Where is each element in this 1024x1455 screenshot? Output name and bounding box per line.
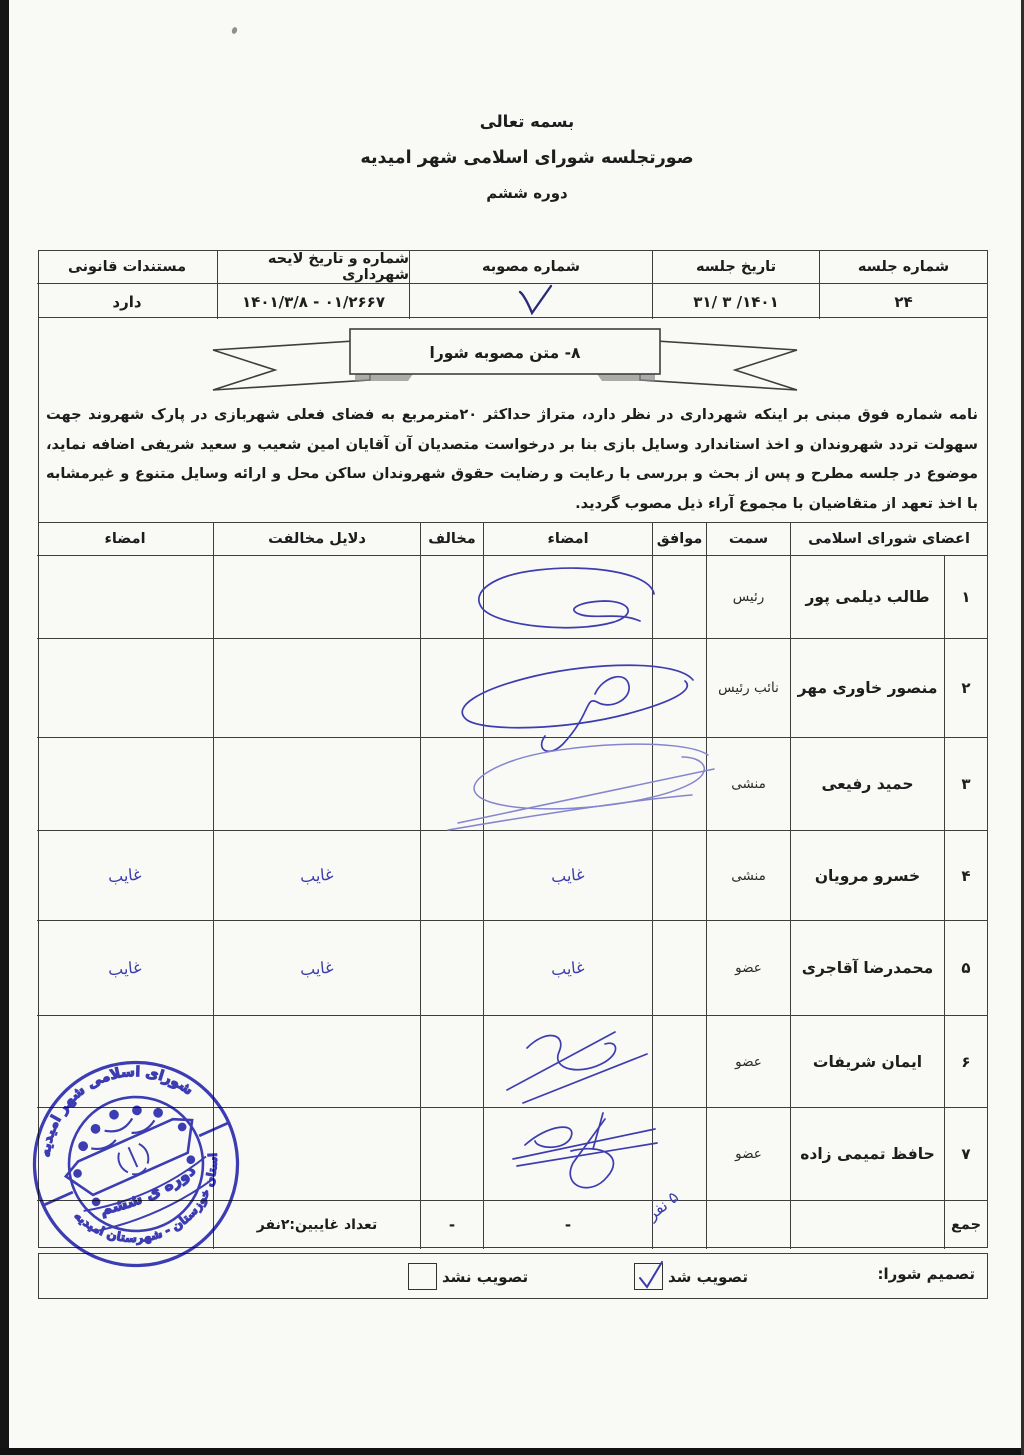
row-number: ۷	[944, 1108, 987, 1201]
row-number: ۴	[944, 831, 987, 921]
besmele-line: بسمه تعالی	[0, 112, 1024, 131]
signature2-cell: غایب	[37, 921, 213, 1016]
header-oppose-reasons: دلایل مخالفت	[213, 523, 420, 556]
row-number: ۲	[944, 639, 987, 738]
signature2-cell: غایب	[37, 831, 213, 921]
member-name: محمدرضا آقاجری	[790, 921, 944, 1016]
member-role: منشی	[706, 831, 790, 921]
header-members: اعضای شورای اسلامی	[790, 523, 987, 556]
decision-label: تصمیم شورا:	[877, 1265, 975, 1283]
member-role: عضو	[706, 1016, 790, 1108]
oppose-cell	[420, 556, 483, 639]
signature2-cell	[37, 639, 213, 738]
signature-cell	[483, 1016, 652, 1108]
document-header: بسمه تعالی صورتجلسه شورای اسلامی شهر امی…	[0, 112, 1024, 202]
value-legal: دارد	[37, 284, 217, 319]
member-role: عضو	[706, 921, 790, 1016]
agree-cell	[652, 921, 706, 1016]
member-name: طالب دیلمی پور	[790, 556, 944, 639]
agree-cell	[652, 1016, 706, 1108]
signature-cell	[483, 738, 652, 831]
header-session-date: تاریخ جلسه	[652, 251, 819, 284]
session-info-table: شماره جلسه تاریخ جلسه شماره مصوبه شماره …	[38, 250, 988, 318]
oppose-cell	[420, 1108, 483, 1201]
decision-not-approved-option: تصویب نشد	[408, 1263, 528, 1290]
oppose-cell	[420, 831, 483, 921]
member-name: حمید رفیعی	[790, 738, 944, 831]
checkmark-icon	[633, 1256, 667, 1292]
header-signature: امضاء	[483, 523, 652, 556]
summary-signature-dash: -	[483, 1201, 652, 1249]
scanned-council-minutes-page: بسمه تعالی صورتجلسه شورای اسلامی شهر امی…	[0, 0, 1024, 1455]
agree-cell	[652, 639, 706, 738]
value-session-date: ۱۴۰۱/ ۳ /۳۱	[652, 284, 819, 319]
agree-cell	[652, 831, 706, 921]
signature-cell	[483, 556, 652, 639]
oppose-cell	[420, 1016, 483, 1108]
absent-handwriting: غایب	[300, 865, 335, 887]
absent-handwriting: غایب	[551, 957, 586, 979]
header-legal: مستندات قانونی	[37, 251, 217, 284]
value-session-no: ۲۴	[819, 284, 987, 319]
header-signature2: امضاء	[37, 523, 213, 556]
oppose-cell	[420, 921, 483, 1016]
handwritten-resolution-number	[515, 283, 557, 319]
scan-speck	[231, 26, 238, 34]
member-name: منصور خاوری مهر	[790, 639, 944, 738]
header-session-no: شماره جلسه	[819, 251, 987, 284]
resolution-paragraph: نامه شماره فوق مبنی بر اینکه شهرداری در …	[46, 400, 978, 518]
decision-approved-option: تصویب شد	[634, 1263, 748, 1290]
signature-cell: غایب	[483, 921, 652, 1016]
member-name: خسرو مرویان	[790, 831, 944, 921]
document-title: صورتجلسه شورای اسلامی شهر امیدیه	[0, 148, 1024, 168]
signature-cell: غایب	[483, 831, 652, 921]
value-bill: ۰۱/۲۶۶۷ - ۱۴۰۱/۳/۸	[217, 284, 409, 319]
member-role: منشی	[706, 738, 790, 831]
summary-role-cell	[706, 1201, 790, 1249]
resolution-banner-ribbon: ۸- متن مصوبه شورا	[205, 324, 805, 394]
oppose-reasons-cell	[213, 556, 420, 639]
scan-edge-bottom	[0, 1448, 1024, 1455]
header-agree: موافق	[652, 523, 706, 556]
council-term: دوره ششم	[0, 184, 1024, 202]
member-role: عضو	[706, 1108, 790, 1201]
row-number: ۱	[944, 556, 987, 639]
summary-oppose-dash: -	[420, 1201, 483, 1249]
member-name: حافظ تمیمی زاده	[790, 1108, 944, 1201]
oppose-reasons-cell	[213, 738, 420, 831]
not-approved-checkbox	[408, 1263, 437, 1290]
agree-cell	[652, 1108, 706, 1201]
row-number: ۶	[944, 1016, 987, 1108]
banner-label: ۸- متن مصوبه شورا	[430, 344, 582, 362]
scan-edge-left	[0, 0, 9, 1455]
member-role: رئیس	[706, 556, 790, 639]
signature2-cell	[37, 738, 213, 831]
oppose-reasons-cell	[213, 1016, 420, 1108]
summary-label: جمع	[944, 1201, 987, 1249]
header-role: سمت	[706, 523, 790, 556]
row-number: ۳	[944, 738, 987, 831]
agree-cell	[652, 556, 706, 639]
signature-cell	[483, 639, 652, 738]
header-bill: شماره و تاریخ لایحه شهرداری	[217, 251, 409, 284]
signature2-cell	[37, 556, 213, 639]
signature-cell	[483, 1108, 652, 1201]
oppose-cell	[420, 738, 483, 831]
member-name: ایمان شریفات	[790, 1016, 944, 1108]
oppose-reasons-cell: غایب	[213, 921, 420, 1016]
summary-name-cell	[790, 1201, 944, 1249]
oppose-reasons-cell	[213, 639, 420, 738]
member-role: نائب رئیس	[706, 639, 790, 738]
oppose-reasons-cell: غایب	[213, 831, 420, 921]
absent-handwriting: غایب	[300, 957, 335, 979]
not-approved-label: تصویب نشد	[442, 1268, 528, 1286]
absent-handwriting: غایب	[108, 957, 143, 979]
oppose-cell	[420, 639, 483, 738]
approved-label: تصویب شد	[668, 1268, 748, 1286]
agree-cell	[652, 738, 706, 831]
approved-checkbox	[634, 1263, 663, 1290]
header-oppose: مخالف	[420, 523, 483, 556]
header-resolution-no: شماره مصوبه	[409, 251, 652, 284]
absent-handwriting: غایب	[551, 865, 586, 887]
absent-handwriting: غایب	[108, 865, 143, 887]
row-number: ۵	[944, 921, 987, 1016]
